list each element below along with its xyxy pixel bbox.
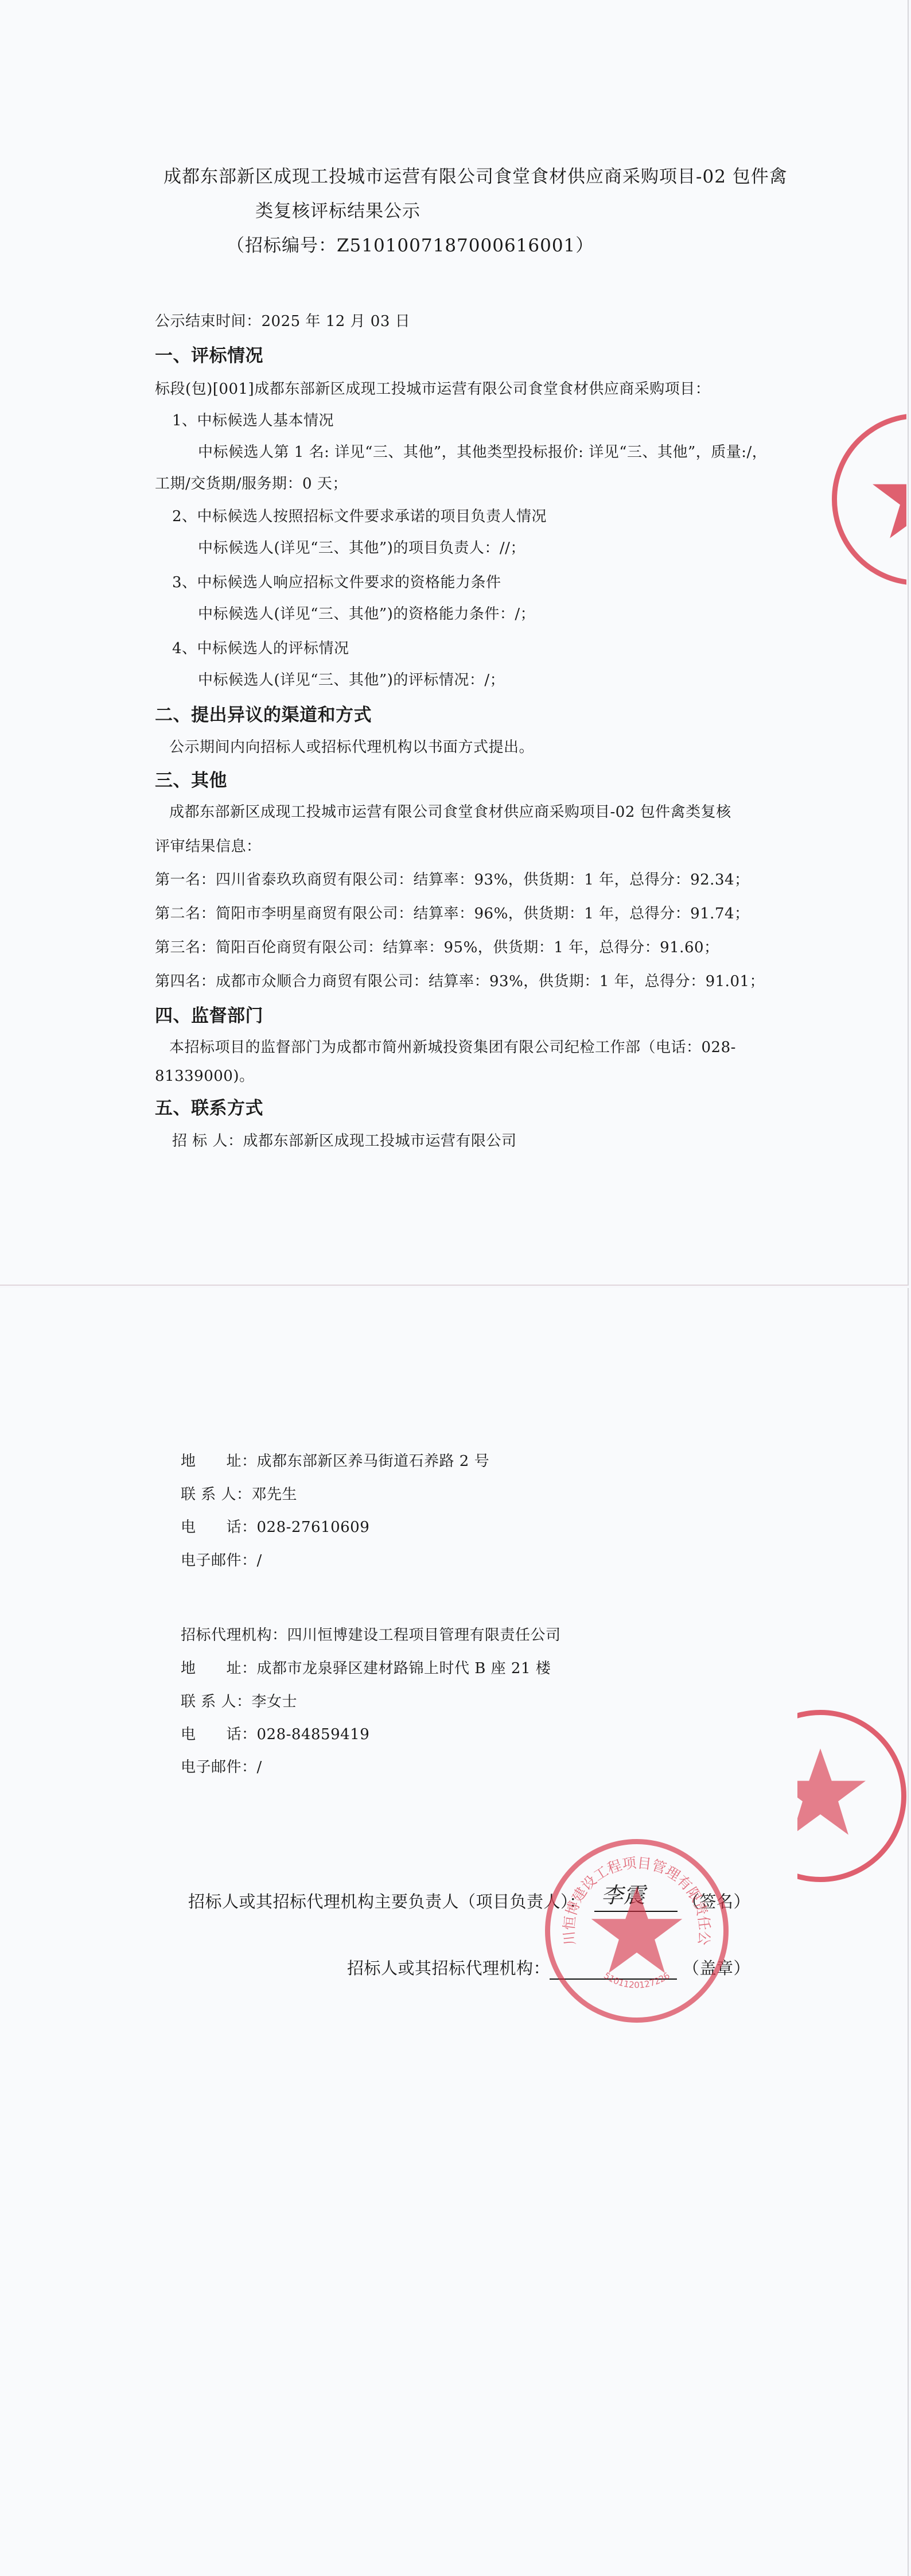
agency-name-label: 招标代理机构： <box>181 1627 287 1644</box>
item-1-body-cont: 工期/交货期/服务期：0 天； <box>155 475 348 492</box>
agency-contact-row: 联 系 人：李女士 <box>181 1693 297 1710</box>
agency-phone-row: 电 话：028-84859419 <box>181 1726 369 1743</box>
item-3-title: 3、中标候选人响应招标文件要求的资格能力条件 <box>172 574 501 591</box>
item-4-body: 中标候选人(详见“三、其他”)的评标情况：/； <box>198 672 505 689</box>
tenderer-phone-row: 电 话：028-27610609 <box>181 1519 369 1536</box>
seal-label: 招标人或其招标代理机构： <box>347 1958 550 1978</box>
section-2-heading: 二、提出异议的渠道和方式 <box>155 705 372 726</box>
section-4-heading: 四、监督部门 <box>155 1006 263 1026</box>
company-seal <box>797 1710 906 1882</box>
tenderer-phone-label: 电 话： <box>181 1519 257 1536</box>
section-3-intro: 成都东部新区成现工投城市运营有限公司食堂食材供应商采购项目-02 包件禽类复核 <box>169 804 731 821</box>
agency-email-label: 电子邮件： <box>181 1759 257 1776</box>
tenderer-address-row: 地 址：成都东部新区养马街道石养路 2 号 <box>181 1453 489 1470</box>
agency-name-row: 招标代理机构：四川恒博建设工程项目管理有限责任公司 <box>181 1627 561 1644</box>
agency-contact-label: 联 系 人： <box>181 1693 252 1710</box>
ranking-row: 第三名：简阳百伦商贸有限公司：结算率：95%，供货期：1 年，总得分：91.60… <box>155 939 719 956</box>
tenderer-name-row: 招 标 人：成都东部新区成现工投城市运营有限公司 <box>172 1132 517 1150</box>
tenderer-contact: 邓先生 <box>252 1486 298 1503</box>
ranking-row: 第一名：四川省泰玖玖商贸有限公司：结算率：93%，供货期：1 年，总得分：92.… <box>155 871 750 889</box>
end-date: 公示结束时间：2025 年 12 月 03 日 <box>155 313 410 330</box>
section-4-body: 本招标项目的监督部门为成都市简州新城投资集团有限公司纪检工作部（电话：028- <box>169 1039 736 1056</box>
tenderer-name: 成都东部新区成现工投城市运营有限公司 <box>243 1132 517 1150</box>
seal-star-icon: 四川恒博建设工程项目管理有限责任公司 5101120127226 <box>550 1844 723 2018</box>
seal-star-icon <box>797 1715 901 1877</box>
item-3-body: 中标候选人(详见“三、其他”)的资格能力条件：/； <box>198 606 535 623</box>
seal-partial-page1 <box>826 413 906 597</box>
item-1-title: 1、中标候选人基本情况 <box>172 412 334 429</box>
agency-address: 成都市龙泉驿区建材路锦上时代 B 座 21 楼 <box>257 1660 551 1677</box>
agency-phone: 028-84859419 <box>257 1726 370 1743</box>
svg-text:5101120127226: 5101120127226 <box>602 1970 672 1991</box>
section-4-body-cont: 81339000)。 <box>155 1068 254 1085</box>
tenderer-name-label: 招 标 人： <box>172 1132 243 1150</box>
agency-address-row: 地 址：成都市龙泉驿区建材路锦上时代 B 座 21 楼 <box>181 1660 551 1677</box>
tenderer-address: 成都东部新区养马街道石养路 2 号 <box>257 1453 490 1470</box>
item-4-title: 4、中标候选人的评标情况 <box>172 640 349 657</box>
agency-address-label: 地 址： <box>181 1660 257 1677</box>
seal-partial-page2 <box>797 1710 906 1882</box>
agency-email: / <box>257 1759 262 1776</box>
agency-email-row: 电子邮件：/ <box>181 1759 262 1776</box>
tenderer-phone: 028-27610609 <box>257 1519 370 1536</box>
tender-number: （招标编号：Z5101007187000616001） <box>227 235 594 256</box>
tenderer-email-row: 电子邮件：/ <box>181 1552 262 1569</box>
signer-label: 招标人或其招标代理机构主要负责人（项目负责人）： <box>188 1892 586 1911</box>
seal-star-icon <box>837 418 906 580</box>
item-2-body: 中标候选人(详见“三、其他”)的项目负责人：//； <box>198 540 525 557</box>
ranking-row: 第二名：简阳市李明星商贸有限公司：结算率：96%，供货期：1 年，总得分：91.… <box>155 905 750 922</box>
page-1: 成都东部新区成现工投城市运营有限公司食堂食材供应商采购项目-02 包件禽 类复核… <box>0 0 909 1286</box>
company-seal <box>832 413 906 585</box>
item-1-body: 中标候选人第 1 名: 详见“三、其他”，其他类型投标报价: 详见“三、其他”，… <box>198 444 767 461</box>
section-3-intro-cont: 评审结果信息： <box>155 838 262 855</box>
item-2-title: 2、中标候选人按照招标文件要求承诺的项目负责人情况 <box>172 508 547 525</box>
section-1-heading: 一、评标情况 <box>155 346 263 366</box>
section-3-heading: 三、其他 <box>155 770 227 791</box>
section-5-heading: 五、联系方式 <box>155 1098 263 1119</box>
agency-name: 四川恒博建设工程项目管理有限责任公司 <box>287 1627 561 1644</box>
agency-phone-label: 电 话： <box>181 1726 257 1743</box>
tenderer-contact-row: 联 系 人：邓先生 <box>181 1486 297 1503</box>
tenderer-address-label: 地 址： <box>181 1453 257 1470</box>
document-title-line1: 成都东部新区成现工投城市运营有限公司食堂食材供应商采购项目-02 包件禽 <box>163 166 788 187</box>
document-title-line2: 类复核评标结果公示 <box>255 201 421 222</box>
ranking-row: 第四名：成都市众顺合力商贸有限公司：结算率：93%，供货期：1 年，总得分：91… <box>155 973 765 990</box>
section-2-body: 公示期间内向招标人或招标代理机构以书面方式提出。 <box>169 739 534 756</box>
page-2: 地 址：成都东部新区养马街道石养路 2 号 联 系 人：邓先生 电 话：028-… <box>0 1288 909 2576</box>
lot-line: 标段(包)[001]成都东部新区成现工投城市运营有限公司食堂食材供应商采购项目： <box>155 381 710 398</box>
agency-contact: 李女士 <box>252 1693 298 1710</box>
company-seal: 四川恒博建设工程项目管理有限责任公司 5101120127226 <box>545 1839 729 2023</box>
tenderer-contact-label: 联 系 人： <box>181 1486 252 1503</box>
tenderer-email-label: 电子邮件： <box>181 1552 257 1569</box>
tenderer-email: / <box>257 1552 262 1569</box>
